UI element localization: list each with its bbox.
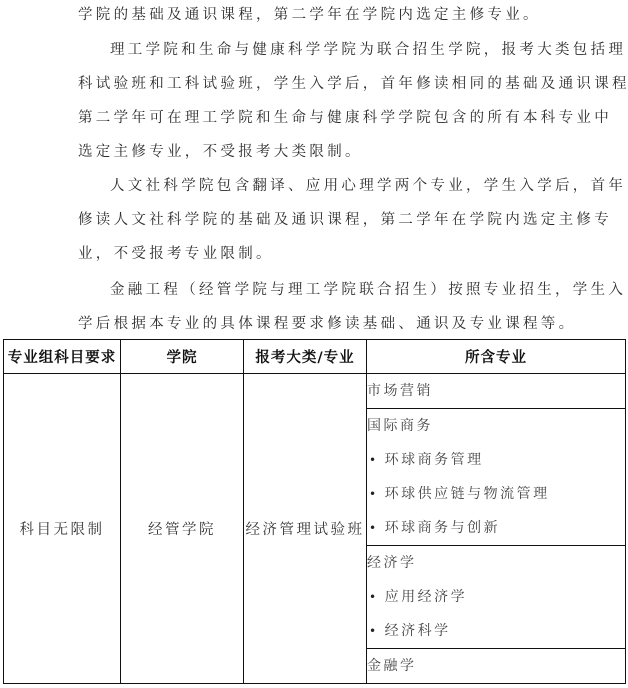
paragraph-line: 科试验班和工科试验班，学生入学后，首年修读相同的基础及通识课程， xyxy=(78,74,628,94)
paragraph-line: 学院的基础及通识课程，第二学年在学院内选定主修专业。 xyxy=(78,5,541,25)
bullet-icon: • xyxy=(369,484,379,504)
college-cell: 经管学院 xyxy=(121,374,244,684)
paragraph-line: 修读人文社科学院的基础及通识课程，第二学年在学院内选定主修专 xyxy=(78,210,612,230)
sub-major: •应用经济学 xyxy=(367,587,625,607)
major-cell-international-business: 国际商务 •环球商务管理 •环球供应链与物流管理 •环球商务与创新 xyxy=(367,409,626,546)
sub-major: •环球商务管理 xyxy=(367,450,625,470)
bullet-icon: • xyxy=(369,450,379,470)
sub-major: •环球供应链与物流管理 xyxy=(367,484,625,504)
major-title: 金融学 xyxy=(367,656,625,676)
bullet-icon: • xyxy=(369,518,379,538)
table-row: 科目无限制 经管学院 经济管理试验班 市场营销 xyxy=(4,374,626,409)
major-cell-marketing: 市场营销 xyxy=(367,374,626,409)
header-category: 报考大类/专业 xyxy=(244,340,367,374)
major-cell-finance: 金融学 xyxy=(367,649,626,684)
major-title: 国际商务 xyxy=(367,416,625,436)
header-college: 学院 xyxy=(121,340,244,374)
paragraph-line: 业，不受报考专业限制。 xyxy=(78,244,274,264)
sub-major: •环球商务与创新 xyxy=(367,518,625,538)
sub-major: •经济科学 xyxy=(367,621,625,641)
major-cell-economics: 经济学 •应用经济学 •经济科学 xyxy=(367,546,626,649)
bullet-icon: • xyxy=(369,587,379,607)
paragraph-line: 学后根据本专业的具体课程要求修读基础、通识及专业课程等。 xyxy=(78,314,576,334)
header-majors: 所含专业 xyxy=(367,340,626,374)
major-title: 经济学 xyxy=(367,553,625,573)
paragraph-line: 选定主修专业，不受报考大类限制。 xyxy=(78,142,363,162)
subject-requirement-cell: 科目无限制 xyxy=(4,374,121,684)
category-cell: 经济管理试验班 xyxy=(244,374,367,684)
major-title: 市场营销 xyxy=(367,381,625,401)
paragraph-line: 人文社科学院包含翻译、应用心理学两个专业，学生入学后，首年 xyxy=(110,176,626,196)
paragraph-line: 理工学院和生命与健康科学学院为联合招生学院，报考大类包括理 xyxy=(110,40,626,60)
table-header-row: 专业组科目要求 学院 报考大类/专业 所含专业 xyxy=(4,340,626,374)
majors-table: 专业组科目要求 学院 报考大类/专业 所含专业 科目无限制 经管学院 经济管理试… xyxy=(3,339,626,684)
paragraph-line: 第二学年可在理工学院和生命与健康科学学院包含的所有本科专业中 xyxy=(78,108,612,128)
header-subject-requirement: 专业组科目要求 xyxy=(4,340,121,374)
paragraph-line: 金融工程（经管学院与理工学院联合招生）按照专业招生，学生入 xyxy=(110,280,626,300)
bullet-icon: • xyxy=(369,621,379,641)
